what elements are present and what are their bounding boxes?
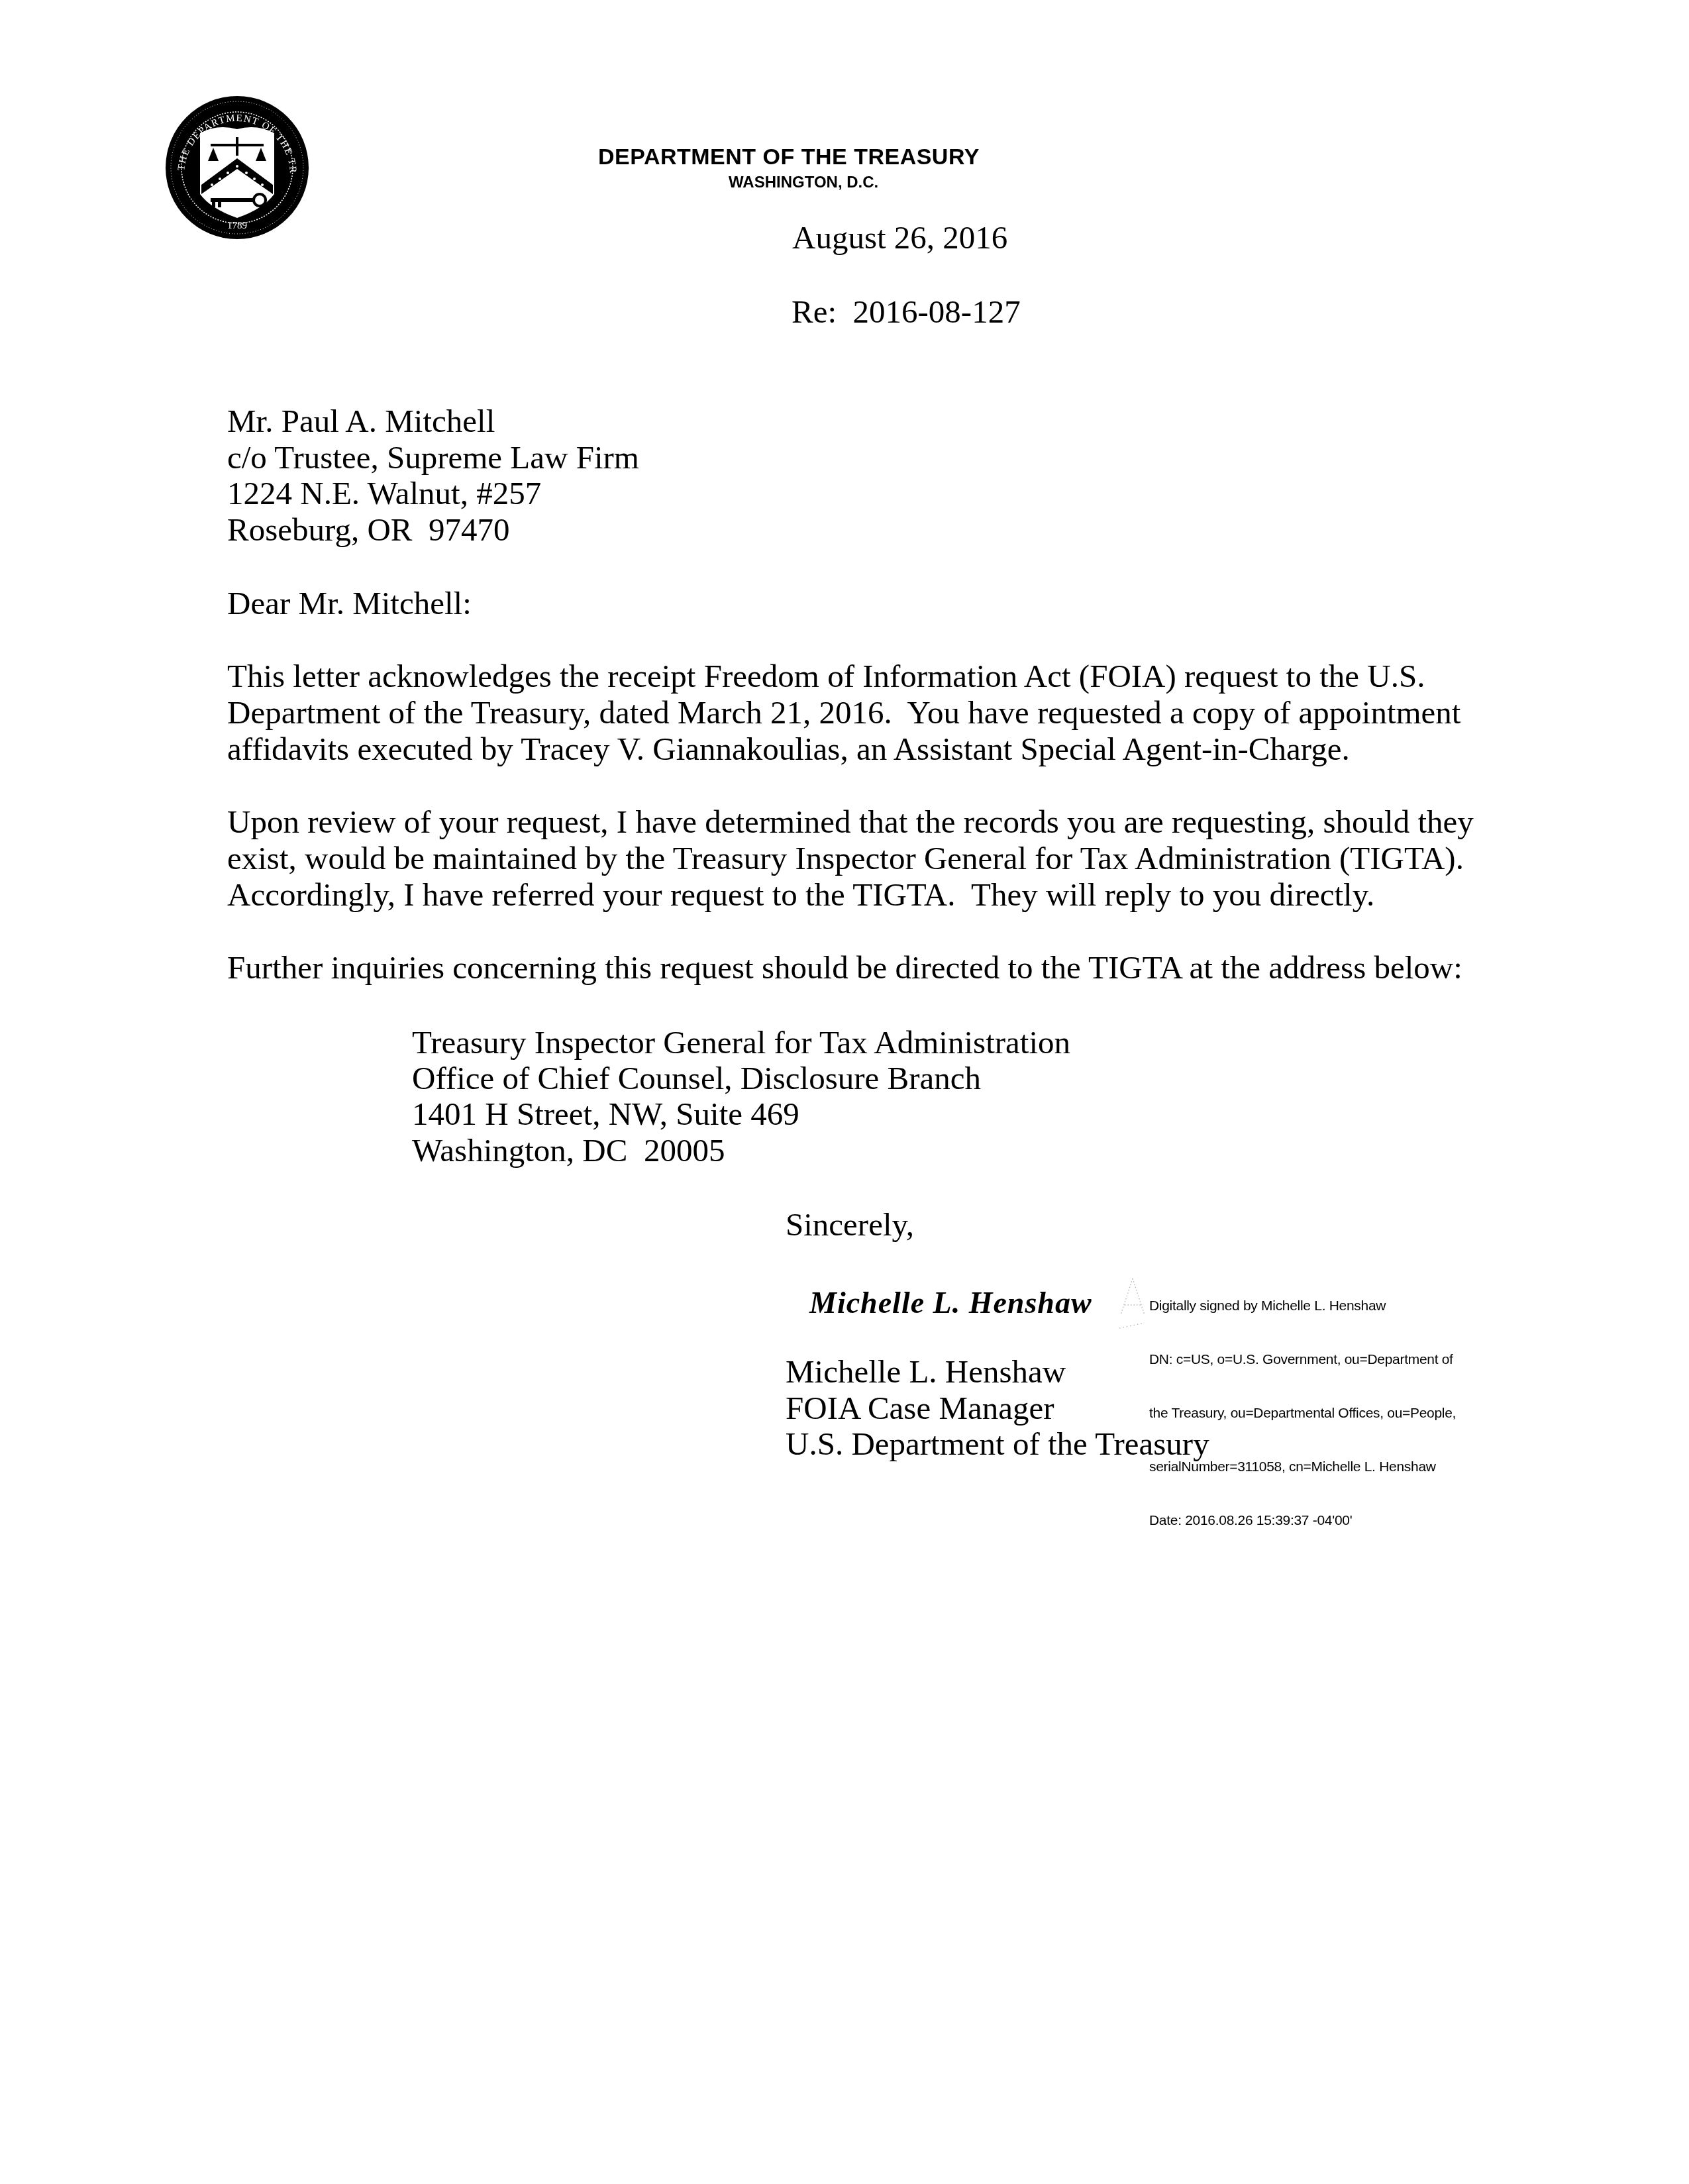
recipient-line: Roseburg, OR 97470 [227,511,510,548]
digital-signature-line: DN: c=US, o=U.S. Government, ou=Departme… [1149,1351,1456,1369]
svg-text:1789: 1789 [227,221,247,231]
recipient-line: Mr. Paul A. Mitchell [227,403,495,439]
paragraph-line: exist, would be maintained by the Treasu… [227,840,1464,876]
address-line: Washington, DC 20005 [412,1132,725,1169]
paragraph-line: Further inquiries concerning this reques… [227,949,1462,986]
signer-name: Michelle L. Henshaw [786,1353,1066,1390]
signer-organization: U.S. Department of the Treasury [786,1426,1209,1462]
recipient-line: c/o Trustee, Supreme Law Firm [227,439,639,476]
paragraph-line: Department of the Treasury, dated March … [227,694,1460,731]
address-line: Office of Chief Counsel, Disclosure Bran… [412,1060,981,1096]
letter-date: August 26, 2016 [792,219,1007,256]
letterhead-subtitle: WASHINGTON, D.C. [729,174,878,192]
salutation: Dear Mr. Mitchell: [227,585,472,621]
address-line: 1401 H Street, NW, Suite 469 [412,1096,799,1132]
letterhead-title: DEPARTMENT OF THE TREASURY [598,144,980,170]
paragraph-line: Upon review of your request, I have dete… [227,804,1474,840]
letter-page: THE DEPARTMENT OF THE TREASURY 1789 DEPA… [0,0,1689,2184]
signer-title: FOIA Case Manager [786,1390,1054,1426]
valediction: Sincerely, [786,1206,914,1243]
digital-signature-details: Digitally signed by Michelle L. Henshaw … [1149,1261,1456,1565]
paragraph-line: This letter acknowledges the receipt Fre… [227,658,1425,694]
address-line: Treasury Inspector General for Tax Admin… [412,1024,1070,1061]
digital-signature-mark-icon [1119,1275,1146,1331]
signature: Michelle L. Henshaw [809,1285,1092,1320]
paragraph-line: Accordingly, I have referred your reques… [227,876,1374,913]
treasury-seal-icon: THE DEPARTMENT OF THE TREASURY 1789 [164,95,310,240]
reference-number: Re: 2016-08-127 [792,293,1021,330]
digital-signature-line: Digitally signed by Michelle L. Henshaw [1149,1297,1456,1315]
digital-signature-line: Date: 2016.08.26 15:39:37 -04'00' [1149,1512,1456,1530]
digital-signature-line: the Treasury, ou=Departmental Offices, o… [1149,1404,1456,1422]
paragraph-line: affidavits executed by Tracey V. Giannak… [227,731,1350,767]
recipient-line: 1224 N.E. Walnut, #257 [227,475,541,511]
